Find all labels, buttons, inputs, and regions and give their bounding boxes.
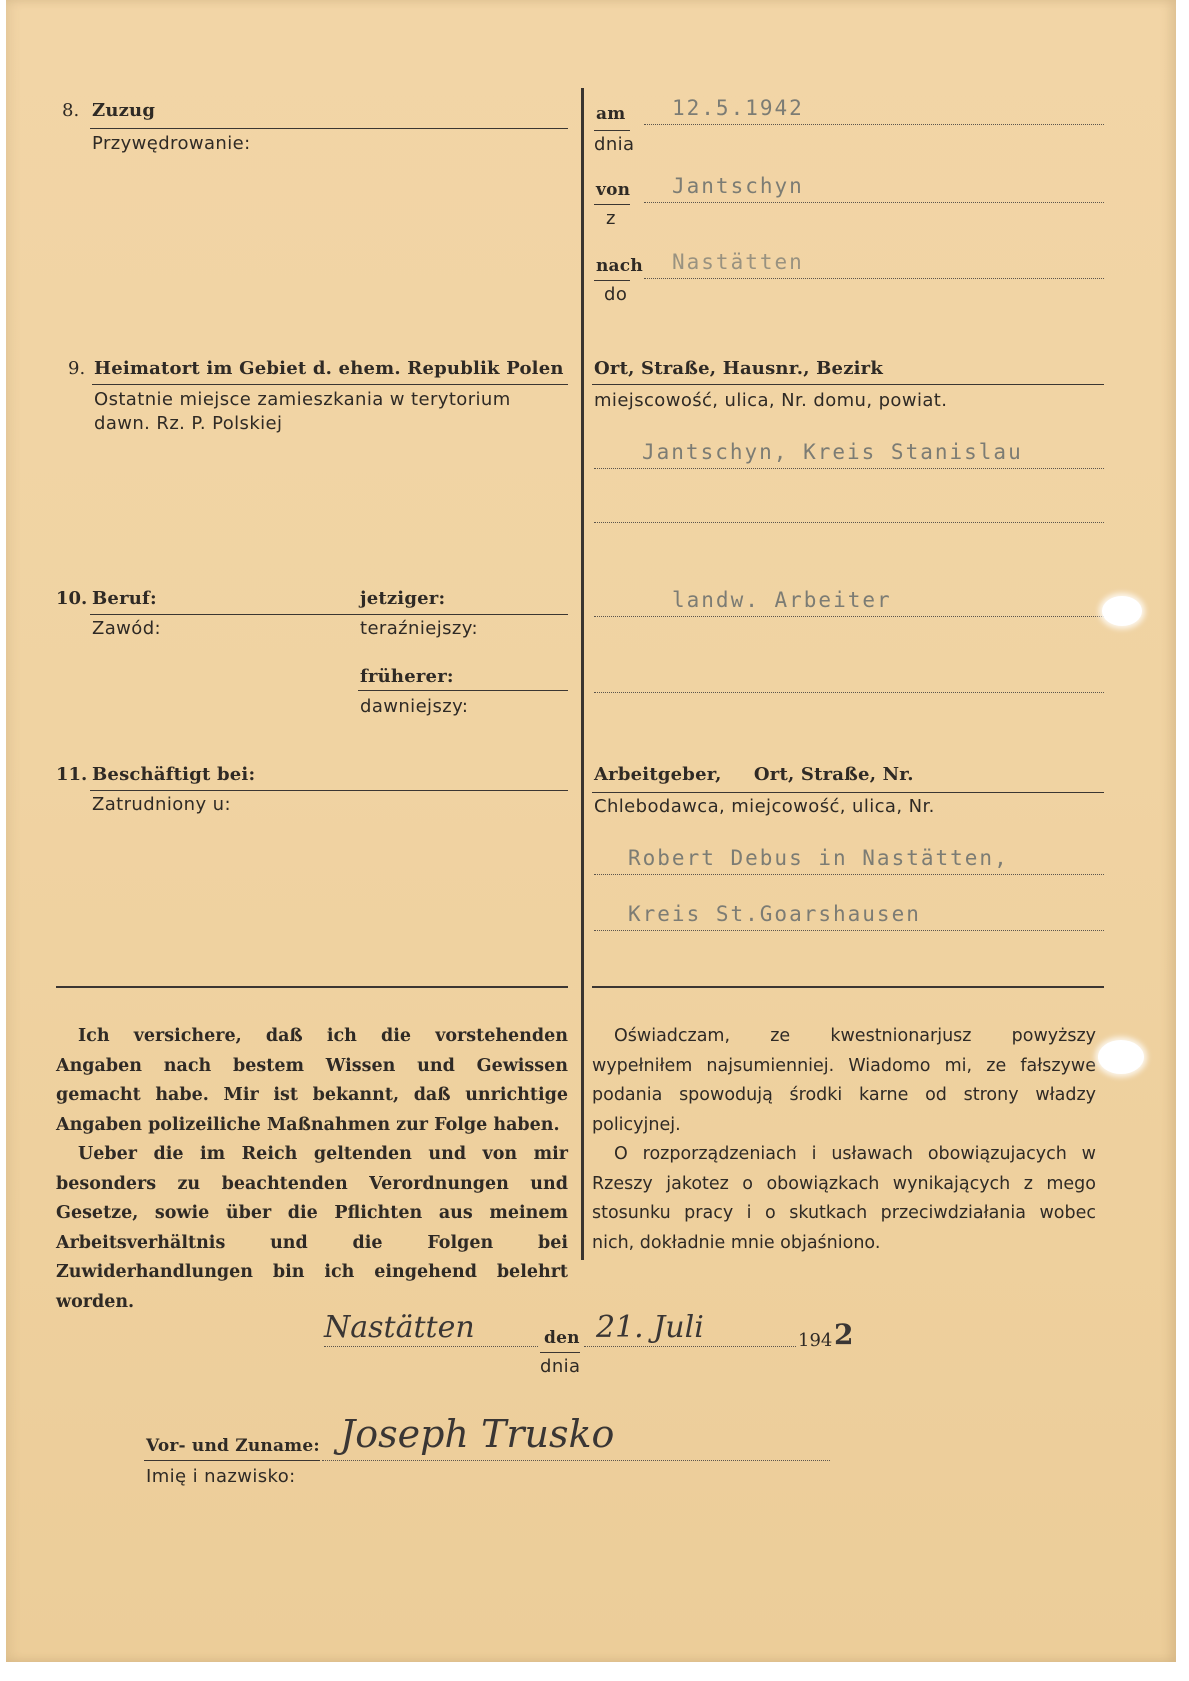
signing-place-field-line <box>324 1346 538 1347</box>
declaration-de: Ich versichere, daß ich die vorstehenden… <box>56 1022 568 1317</box>
section-11-label-de: Beschäftigt bei: <box>92 764 255 785</box>
name-label-underline <box>144 1460 320 1461</box>
name-field-line <box>322 1460 830 1461</box>
section-9-label-de: Heimatort im Gebiet d. ehem. Republik Po… <box>94 358 564 379</box>
section-11-number: 11. <box>56 764 87 785</box>
employer-label-underline <box>592 792 1104 793</box>
declaration-pl-paragraph-1: Oświadczam, ze kwestnionarjusz powyższy … <box>592 1022 1096 1140</box>
address-label-underline <box>592 384 1104 385</box>
home-address-field-line-2 <box>594 522 1104 523</box>
section-8-label-de: Zuzug <box>92 100 155 121</box>
right-separator-line <box>592 986 1104 988</box>
declaration-de-paragraph-1: Ich versichere, daß ich die vorstehenden… <box>56 1022 568 1140</box>
section-10-number: 10. <box>56 588 87 609</box>
former-occupation-label-de: früherer: <box>360 666 454 687</box>
section-9-label-pl-line1: Ostatnie miejsce zamieszkania w terytori… <box>94 389 511 410</box>
from-label-de: von <box>596 180 630 200</box>
section-10-label-pl: Zawód: <box>92 618 161 639</box>
section-9-label-pl-line2: dawn. Rz. P. Polskiej <box>94 413 282 434</box>
to-place-field-line <box>644 278 1104 279</box>
declaration-pl-paragraph-2: O rozporządzeniach i usławach obowiązuja… <box>592 1140 1096 1258</box>
declaration-pl: Oświadczam, ze kwestnionarjusz powyższy … <box>592 1022 1096 1258</box>
employer-label-de: Arbeitgeber, Ort, Straße, Nr. <box>594 764 914 785</box>
current-occupation-label-de: jetziger: <box>360 588 445 609</box>
home-address-field-line-1 <box>594 468 1104 469</box>
date-label-de: am <box>596 104 625 124</box>
employer-value-line2: Kreis St.Goarshausen <box>628 902 921 926</box>
section-10-underline <box>90 614 568 615</box>
to-label-fraction-line <box>594 280 630 281</box>
signing-date-handwritten: 21. Juli <box>596 1310 704 1345</box>
punch-hole-top <box>1102 596 1142 626</box>
section-11-label-pl: Zatrudniony u: <box>92 794 231 815</box>
signature-handwritten: Joseph Trusko <box>340 1412 614 1456</box>
punch-hole-bottom <box>1098 1040 1144 1074</box>
section-8-label-pl: Przywędrowanie: <box>92 133 251 154</box>
section-8-number: 8. <box>62 100 79 121</box>
former-occupation-label-pl: dawniejszy: <box>360 696 468 717</box>
date-den-label-pl: dnia <box>540 1356 580 1377</box>
employer-value-line1: Robert Debus in Nastätten, <box>628 846 1009 870</box>
home-address-value: Jantschyn, Kreis Stanislau <box>642 440 1023 464</box>
from-place-value: Jantschyn <box>672 174 804 198</box>
from-label-fraction-line <box>594 204 630 205</box>
arrival-date-field-line <box>644 124 1104 125</box>
document-page: 8. Zuzug Przywędrowanie: am dnia 12.5.19… <box>6 0 1176 1662</box>
current-occupation-label-pl: teraźniejszy: <box>360 618 478 639</box>
year-suffix-handwritten: 2 <box>834 1318 853 1351</box>
employer-field-line-2 <box>594 930 1104 931</box>
current-occupation-field-line <box>594 616 1104 617</box>
name-label-de: Vor- und Zuname: <box>146 1436 320 1456</box>
date-den-label-de: den <box>544 1328 580 1348</box>
signing-place-handwritten: Nastätten <box>324 1310 475 1345</box>
former-occupation-underline <box>358 690 568 691</box>
to-place-value: Nastätten <box>672 250 804 274</box>
declaration-de-paragraph-2: Ueber die im Reich geltenden und von mir… <box>56 1140 568 1317</box>
former-occupation-field-line <box>594 692 1104 693</box>
to-label-pl: do <box>604 284 627 305</box>
employer-label-pl: Chlebodawca, miejcowość, ulica, Nr. <box>594 796 935 817</box>
left-separator-line <box>56 986 568 988</box>
section-10-label-de: Beruf: <box>92 588 157 609</box>
from-label-pl: z <box>606 208 616 229</box>
date-label-pl: dnia <box>594 134 634 155</box>
address-label-de: Ort, Straße, Hausnr., Bezirk <box>594 358 883 379</box>
date-label-fraction-line <box>594 130 630 131</box>
current-occupation-value: landw. Arbeiter <box>672 588 892 612</box>
column-divider <box>581 88 584 1260</box>
year-prefix: 194 <box>798 1330 832 1351</box>
address-label-pl: miejscowość, ulica, Nr. domu, powiat. <box>594 390 947 411</box>
section-9-number: 9. <box>68 358 85 379</box>
name-label-pl: Imię i nazwisko: <box>146 1466 296 1487</box>
signing-date-field-line <box>584 1346 796 1347</box>
to-label-de: nach <box>596 256 643 276</box>
employer-field-line-1 <box>594 874 1104 875</box>
section-8-underline <box>90 128 568 129</box>
arrival-date-value: 12.5.1942 <box>672 96 804 120</box>
section-9-underline <box>92 384 568 385</box>
from-place-field-line <box>644 202 1104 203</box>
date-den-fraction-line <box>540 1352 580 1353</box>
section-11-underline <box>90 790 568 791</box>
